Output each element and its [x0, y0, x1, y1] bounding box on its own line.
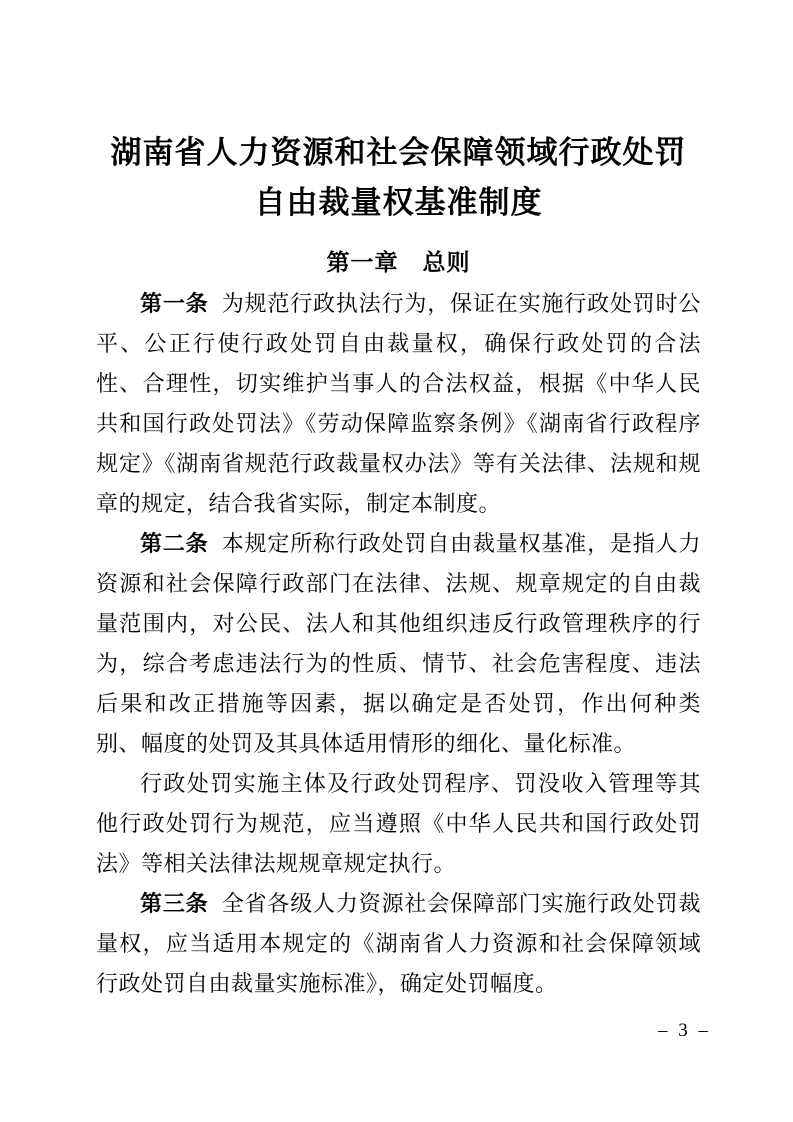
paragraph-article-1: 第一条为规范行政执法行为，保证在实施行政处罚时公平、公正行使行政处罚自由裁量权，… [96, 284, 701, 524]
paragraph-article-2-continuation: 行政处罚实施主体及行政处罚程序、罚没收入管理等其他行政处罚行为规范，应当遵照《中… [96, 764, 701, 884]
article-2-continuation-text: 行政处罚实施主体及行政处罚程序、罚没收入管理等其他行政处罚行为规范，应当遵照《中… [96, 771, 701, 876]
article-3-number: 第三条 [140, 891, 209, 916]
document-title-line-2: 自由裁量权基准制度 [96, 178, 701, 228]
document-page: 湖南省人力资源和社会保障领域行政处罚 自由裁量权基准制度 第一章 总则 第一条为… [0, 0, 793, 1122]
article-1-number: 第一条 [140, 291, 209, 316]
document-title: 湖南省人力资源和社会保障领域行政处罚 自由裁量权基准制度 [96, 128, 701, 228]
paragraph-article-3: 第三条全省各级人力资源社会保障部门实施行政处罚裁量权，应当适用本规定的《湖南省人… [96, 884, 701, 1004]
chapter-heading: 第一章 总则 [96, 247, 701, 277]
document-title-line-1: 湖南省人力资源和社会保障领域行政处罚 [96, 128, 701, 178]
page-number: – 3 – [658, 1018, 711, 1044]
article-2-text: 本规定所称行政处罚自由裁量权基准，是指人力资源和社会保障行政部门在法律、法规、规… [96, 531, 701, 756]
article-2-number: 第二条 [140, 531, 209, 556]
article-1-text: 为规范行政执法行为，保证在实施行政处罚时公平、公正行使行政处罚自由裁量权，确保行… [96, 291, 701, 516]
paragraph-article-2: 第二条本规定所称行政处罚自由裁量权基准，是指人力资源和社会保障行政部门在法律、法… [96, 524, 701, 764]
document-body: 第一条为规范行政执法行为，保证在实施行政处罚时公平、公正行使行政处罚自由裁量权，… [96, 284, 701, 1004]
